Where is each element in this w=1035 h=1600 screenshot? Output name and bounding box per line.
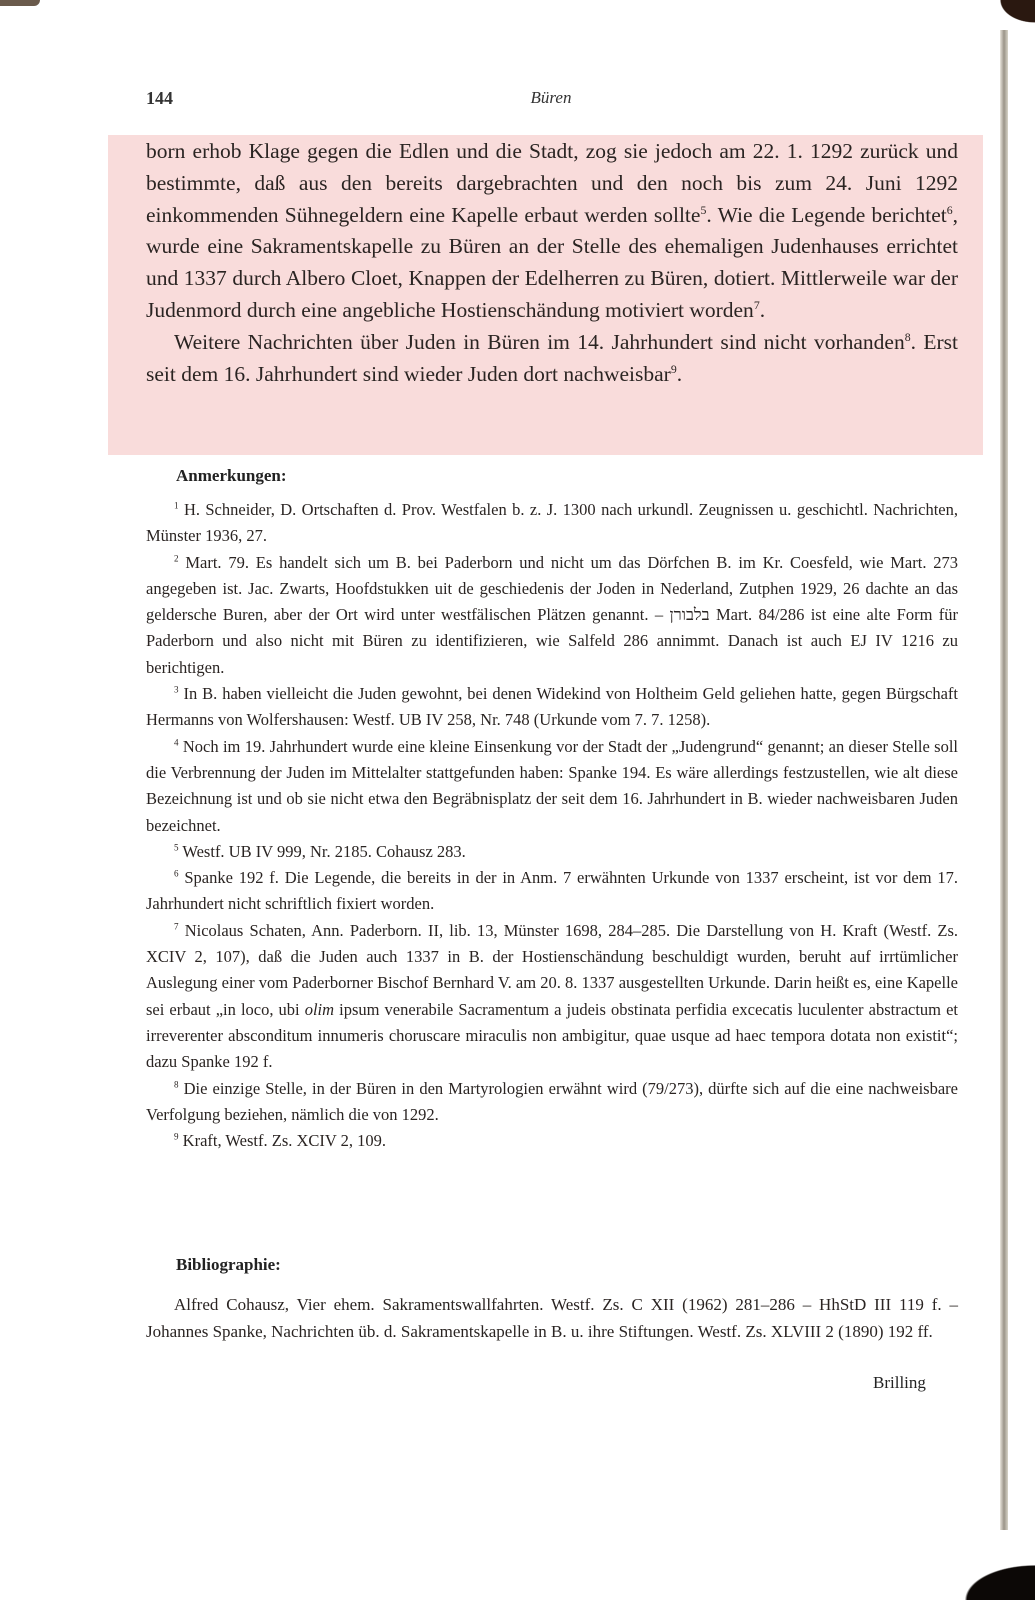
running-title: Büren — [146, 88, 956, 108]
book-corner-shadow — [995, 0, 1035, 26]
paragraph: Weitere Nachrichten über Juden in Büren … — [146, 327, 958, 391]
main-body-text: born erhob Klage gegen die Edlen und die… — [146, 136, 958, 390]
footnote: 1 H. Schneider, D. Ortschaften d. Prov. … — [146, 497, 958, 550]
running-head: 144 Büren — [146, 88, 956, 112]
bibliography-heading: Bibliographie: — [176, 1255, 281, 1275]
footnote: 4 Noch im 19. Jahrhundert wurde eine kle… — [146, 734, 958, 839]
notes-heading: Anmerkungen: — [176, 466, 287, 486]
footnote: 5 Westf. UB IV 999, Nr. 2185. Cohausz 28… — [146, 839, 958, 865]
book-edge-shadow — [0, 0, 40, 6]
author-signature: Brilling — [873, 1373, 926, 1393]
footnote: 9 Kraft, Westf. Zs. XCIV 2, 109. — [146, 1128, 958, 1154]
footnote: 3 In B. haben vielleicht die Juden gewoh… — [146, 681, 958, 734]
footnote: 8 Die einzige Stelle, in der Büren in de… — [146, 1076, 958, 1129]
bibliography-text: Alfred Cohausz, Vier ehem. Sakramentswal… — [146, 1292, 958, 1345]
footnote: 2 Mart. 79. Es handelt sich um B. bei Pa… — [146, 550, 958, 681]
footnote: 6 Spanke 192 f. Die Legende, die bereits… — [146, 865, 958, 918]
book-spine-edge — [1000, 30, 1008, 1530]
footnotes-list: 1 H. Schneider, D. Ortschaften d. Prov. … — [146, 497, 958, 1154]
paragraph: born erhob Klage gegen die Edlen und die… — [146, 136, 958, 327]
book-corner-shadow — [955, 1560, 1035, 1600]
footnote: 7 Nicolaus Schaten, Ann. Paderborn. II, … — [146, 918, 958, 1076]
